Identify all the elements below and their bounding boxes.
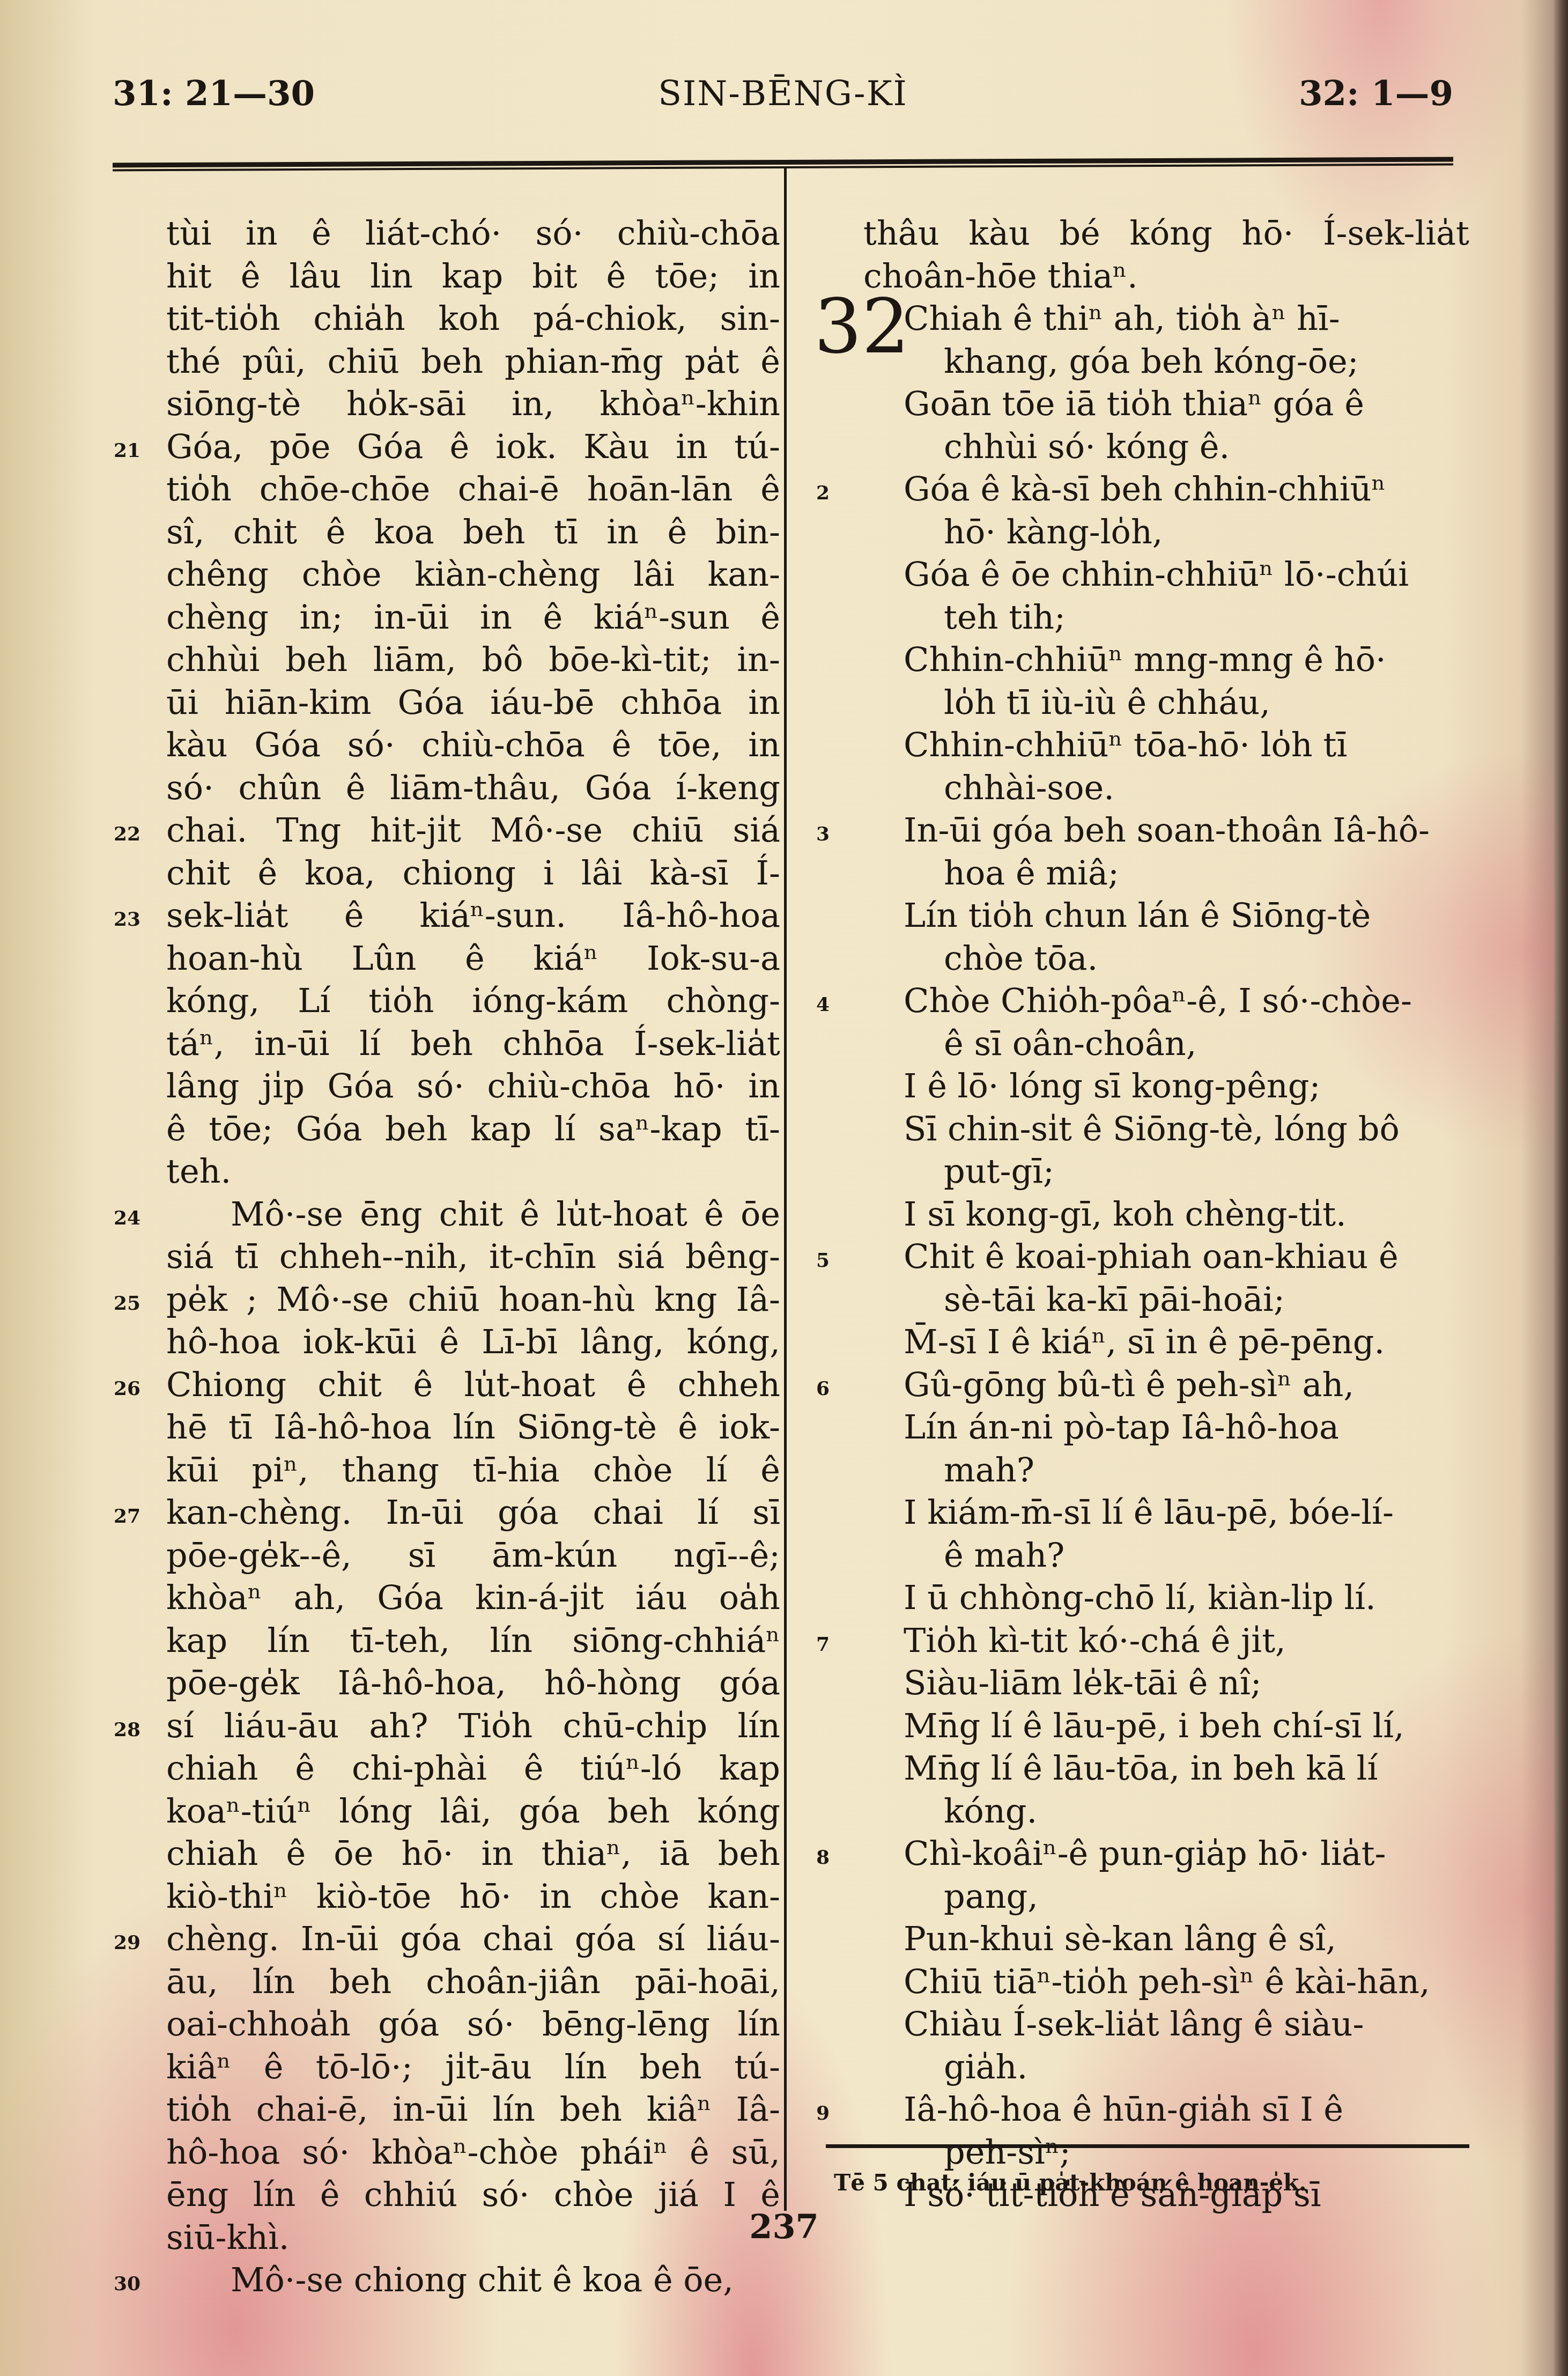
text-line: kap lín tī-teh, lín siōng-chhiáⁿ [107, 1619, 780, 1662]
verse-text: tit-tio̍h chia̍h koh pá-chiok, sin- [107, 297, 780, 340]
verse-text: lâng ji̍p Góa só· chiù-chōa hō· in [107, 1065, 780, 1108]
verse-text: In-ūi góa beh soan-thoân Iâ-hô- [804, 809, 1469, 852]
verse-text: kan-chèng. In-ūi góa chai lí sī [107, 1491, 780, 1534]
verse-text: hit ê lâu lin kap bit ê tōe; in [107, 255, 780, 298]
verse-text: Chit ê koai-phiah oan-khiau ê [804, 1235, 1469, 1278]
text-line: Chhin-chhiūⁿ tōa-hō· lo̍h tī [804, 724, 1469, 766]
text-line: hoan-hù Lûn ê kiáⁿ Iok-su-a [107, 937, 780, 980]
text-line: 26Chiong chit ê lu̍t-hoat ê chheh [107, 1363, 780, 1406]
text-line: hoa ê miâ; [804, 852, 1469, 895]
text-line: Pun-khui sè-kan lâng ê sî, [804, 1917, 1469, 1960]
verse-text: chèng. In-ūi góa chai góa sí liáu- [107, 1917, 780, 1960]
text-line: 4Chòe Chio̍h-pôaⁿ-ê, I só·-chòe- [804, 979, 1469, 1022]
verse-continuation: khang, góa beh kóng-ōe; [804, 340, 1469, 383]
text-line: I kiám-m̄-sī lí ê lāu-pē, bóe-lí- [804, 1491, 1469, 1534]
text-line: 32Chiah ê thiⁿ ah, tio̍h àⁿ hī- [804, 297, 1469, 340]
text-line: ê sī oân-choân, [804, 1022, 1469, 1065]
text-line: 2Góa ê kà-sī beh chhin-chhiūⁿ [804, 468, 1469, 511]
verse-text: siá tī chheh--nih, it-chīn siá bêng- [107, 1235, 780, 1278]
text-line: 6Gû-gōng bû-tì ê peh-sìⁿ ah, [804, 1363, 1469, 1406]
verse-text: kàu Góa só· chiù-chōa ê tōe, in [107, 724, 780, 766]
verse-text: oai-chhoa̍h góa só· bēng-lēng lín [107, 2003, 780, 2046]
verse-text: kap lín tī-teh, lín siōng-chhiáⁿ [107, 1619, 780, 1662]
verse-text: Góa ê kà-sī beh chhin-chhiūⁿ [804, 468, 1469, 511]
verse-continuation: put-gī; [804, 1150, 1469, 1193]
verse-text: āu, lín beh choân-jiân pāi-hoāi, [107, 1960, 780, 2003]
verse-text: Iâ-hô-hoa ê hūn-gia̍h sī I ê [804, 2088, 1469, 2131]
verse-text: Mn̄g lí ê lāu-tōa, in beh kā lí [804, 1747, 1469, 1790]
text-line: 29chèng. In-ūi góa chai góa sí liáu- [107, 1917, 780, 1960]
verse-continuation: mah? [804, 1449, 1469, 1492]
text-line: chhùi só· kóng ê. [804, 425, 1469, 468]
text-line: 8Chì-koâiⁿ-ê pun-gia̍p hō· lia̍t- [804, 1832, 1469, 1875]
text-line: kūi piⁿ, thang tī-hia chòe lí ê [107, 1449, 780, 1492]
text-line: Siàu-liām le̍k-tāi ê nî; [804, 1662, 1469, 1704]
text-line: chhùi beh liām, bô bōe-kì-tit; in- [107, 638, 780, 681]
left-column: tùi in ê liát-chó· só· chiù-chōahit ê lâ… [107, 212, 780, 2301]
verse-continuation: teh tih; [804, 596, 1469, 639]
verse-text: I ê lō· lóng sī kong-pêng; [804, 1065, 1469, 1108]
verse-continuation: gia̍h. [804, 2046, 1469, 2089]
text-line: sè-tāi ka-kī pāi-hoāi; [804, 1278, 1469, 1321]
verse-text: tio̍h chai-ē, in-ūi lín beh kiâⁿ Iâ- [107, 2088, 780, 2131]
text-line: khang, góa beh kóng-ōe; [804, 340, 1469, 383]
verse-text: Lín tio̍h chun lán ê Siōng-tè [804, 894, 1469, 937]
column-divider [784, 167, 787, 2211]
verse-text: chiah ê ōe hō· in thiaⁿ, iā beh [107, 1832, 780, 1875]
verse-text: pōe-ge̍k Iâ-hô-hoa, hô-hòng góa [107, 1662, 780, 1704]
text-line: Lín án-ni pò-tap Iâ-hô-hoa [804, 1406, 1469, 1449]
text-line: koaⁿ-tiúⁿ lóng lâi, góa beh kóng [107, 1790, 780, 1833]
verse-text: hoan-hù Lûn ê kiáⁿ Iok-su-a [107, 937, 780, 980]
text-line: pang, [804, 1875, 1469, 1918]
verse-text: kūi piⁿ, thang tī-hia chòe lí ê [107, 1449, 780, 1492]
verse-text: siōng-tè ho̍k-sāi in, khòaⁿ-khin [107, 382, 780, 425]
text-line: 5Chit ê koai-phiah oan-khiau ê [804, 1235, 1469, 1278]
verse-number: 9 [816, 2092, 830, 2135]
text-line: lo̍h tī iù-iù ê chháu, [804, 681, 1469, 724]
verse-text: chêng chòe kiàn-chèng lâi kan- [107, 553, 780, 596]
verse-text: I sī kong-gī, koh chèng-ti̍t. [804, 1193, 1469, 1236]
verse-number: 29 [114, 1922, 140, 1965]
text-line: 3In-ūi góa beh soan-thoân Iâ-hô- [804, 809, 1469, 852]
text-line: lâng ji̍p Góa só· chiù-chōa hō· in [107, 1065, 780, 1108]
text-line: kiò-thiⁿ kiò-tōe hō· in chòe kan- [107, 1875, 780, 1918]
text-line: chiah ê chi-phài ê tiúⁿ-ló kap [107, 1747, 780, 1790]
text-line: tit-tio̍h chia̍h koh pá-chiok, sin- [107, 297, 780, 340]
text-line: 30Mô·-se chiong chit ê koa ê ōe, [107, 2259, 780, 2301]
book-page: 31: 21—30 SIN-BĒNG-KÌ 32: 1—9 tùi in ê l… [0, 0, 1568, 2376]
verse-text: pe̍k ; Mô·-se chiū hoan-hù kng Iâ- [107, 1278, 780, 1321]
text-line: táⁿ, in-ūi lí beh chhōa Í-sek-lia̍t [107, 1022, 780, 1065]
verse-continuation: ê sī oân-choân, [804, 1022, 1469, 1065]
verse-text: Goān tōe iā tio̍h thiaⁿ góa ê [804, 382, 1469, 425]
verse-continuation: hō· kàng-lo̍h, [804, 511, 1469, 554]
text-line: Chiàu Í-sek-lia̍t lâng ê siàu- [804, 2003, 1469, 2046]
verse-continuation: chhài-soe. [804, 766, 1469, 809]
verse-text: Chhin-chhiūⁿ tōa-hō· lo̍h tī [804, 724, 1469, 766]
verse-text: Gû-gōng bû-tì ê peh-sìⁿ ah, [804, 1363, 1469, 1406]
text-line: 28sí liáu-āu ah? Tio̍h chū-chi̍p lín [107, 1704, 780, 1747]
text-line: Goān tōe iā tio̍h thiaⁿ góa ê [804, 382, 1469, 425]
text-line: put-gī; [804, 1150, 1469, 1193]
verse-number: 21 [114, 430, 140, 473]
verse-number: 6 [816, 1368, 830, 1411]
verse-continuation: kóng. [804, 1790, 1469, 1833]
verse-text: ê tōe; Góa beh kap lí saⁿ-kap tī- [107, 1108, 780, 1150]
verse-continuation: peh-sìⁿ; [804, 2131, 1469, 2174]
verse-text: Chiàu Í-sek-lia̍t lâng ê siàu- [804, 2003, 1469, 2046]
text-line: I ū chhòng-chō lí, kiàn-li̍p lí. [804, 1576, 1469, 1619]
text-line: kàu Góa só· chiù-chōa ê tōe, in [107, 724, 780, 766]
text-line: kiâⁿ ê tō-lō·; ji̍t-āu lín beh tú- [107, 2046, 780, 2089]
verse-text: Chòe Chio̍h-pôaⁿ-ê, I só·-chòe- [804, 979, 1469, 1022]
text-line: mah? [804, 1449, 1469, 1492]
verse-number: 5 [816, 1239, 830, 1282]
verse-continuation: sè-tāi ka-kī pāi-hoāi; [804, 1278, 1469, 1321]
text-line: 25pe̍k ; Mô·-se chiū hoan-hù kng Iâ- [107, 1278, 780, 1321]
verse-text: koaⁿ-tiúⁿ lóng lâi, góa beh kóng [107, 1790, 780, 1833]
verse-text: Mô·-se ēng chit ê lu̍t-hoat ê ōe [107, 1193, 780, 1236]
book-title: SIN-BĒNG-KÌ [113, 64, 1453, 123]
verse-continuation: hoa ê miâ; [804, 852, 1469, 895]
text-line: kóng, Lí tio̍h ióng-kám chòng- [107, 979, 780, 1022]
running-head: 31: 21—30 SIN-BĒNG-KÌ 32: 1—9 [113, 64, 1453, 123]
verse-text: hô-hoa só· khòaⁿ-chòe pháiⁿ ê sū, [107, 2131, 780, 2174]
text-line: 7Tio̍h kì-tit kó·-chá ê ji̍t, [804, 1619, 1469, 1662]
text-line: Mn̄g lí ê lāu-tōa, in beh kā lí [804, 1747, 1469, 1790]
verse-number: 4 [816, 984, 830, 1027]
verse-number: 8 [816, 1836, 830, 1879]
verse-continuation: pang, [804, 1875, 1469, 1918]
verse-number: 3 [816, 813, 830, 856]
text-line: 22chai. Tng hit-ji̍t Mô·-se chiū siá [107, 809, 780, 852]
text-line: teh tih; [804, 596, 1469, 639]
text-line: hē tī Iâ-hô-hoa lín Siōng-tè ê iok- [107, 1406, 780, 1449]
verse-text: M̄-sī I ê kiáⁿ, sī in ê pē-pēng. [804, 1320, 1469, 1363]
text-line: Chiū tiāⁿ-tio̍h peh-sìⁿ ê kài-hān, [804, 1960, 1469, 2003]
verse-continuation: ê mah? [804, 1534, 1469, 1577]
text-line: 9Iâ-hô-hoa ê hūn-gia̍h sī I ê [804, 2088, 1469, 2131]
verse-text: Mn̄g lí ê lāu-pē, i beh chí-sī lí, [804, 1704, 1469, 1747]
text-line: ê mah? [804, 1534, 1469, 1577]
verse-text: Siàu-liām le̍k-tāi ê nî; [804, 1662, 1469, 1704]
footnote-rule [826, 2144, 1469, 2148]
verse-text: pōe-ge̍k--ê, sī ām-kún ngī--ê; [107, 1534, 780, 1577]
text-line: thé pûi, chiū beh phian-m̄g pa̍t ê [107, 340, 780, 383]
text-line: khòaⁿ ah, Góa kin-á-ji̍t iáu oa̍h [107, 1576, 780, 1619]
verse-number: 30 [114, 2263, 140, 2306]
verse-number: 7 [816, 1624, 830, 1666]
text-line: chòe tōa. [804, 937, 1469, 980]
verse-text: sí liáu-āu ah? Tio̍h chū-chi̍p lín [107, 1704, 780, 1747]
text-line: chit ê koa, chiong i lâi kà-sī Í- [107, 852, 780, 895]
text-line: pōe-ge̍k--ê, sī ām-kún ngī--ê; [107, 1534, 780, 1577]
verse-text: chhùi beh liām, bô bōe-kì-tit; in- [107, 638, 780, 681]
text-line: 21Góa, pōe Góa ê iok. Kàu in tú- [107, 425, 780, 468]
text-line: oai-chhoa̍h góa só· bēng-lēng lín [107, 2003, 780, 2046]
footnote: Tē 5 chat: iáu ū pa̍t-khoán ê hoan-e̍k. [834, 2170, 1307, 2196]
verse-text: thâu kàu bé kóng hō· Í-sek-lia̍t [804, 212, 1469, 255]
verse-text: chit ê koa, chiong i lâi kà-sī Í- [107, 852, 780, 895]
text-line: Góa ê ōe chhin-chhiūⁿ lō·-chúi [804, 553, 1469, 596]
verse-text: chai. Tng hit-ji̍t Mô·-se chiū siá [107, 809, 780, 852]
verse-text: Chì-koâiⁿ-ê pun-gia̍p hō· lia̍t- [804, 1832, 1469, 1875]
text-line: tio̍h chōe-chōe chai-ē hoān-lān ê [107, 468, 780, 511]
text-line: chèng in; in-ūi in ê kiáⁿ-sun ê [107, 596, 780, 639]
verse-number: 22 [114, 813, 140, 856]
verse-text: hē tī Iâ-hô-hoa lín Siōng-tè ê iok- [107, 1406, 780, 1449]
verse-text: hô-hoa iok-kūi ê Lī-bī lâng, kóng, [107, 1320, 780, 1363]
text-line: ūi hiān-kim Góa iáu-bē chhōa in [107, 681, 780, 724]
text-line: peh-sìⁿ; [804, 2131, 1469, 2174]
verse-text: teh. [107, 1150, 780, 1193]
right-column: thâu kàu bé kóng hō· Í-sek-lia̍tchoân-hō… [804, 212, 1469, 2216]
verse-continuation: chhùi só· kóng ê. [804, 425, 1469, 468]
text-line: Lín tio̍h chun lán ê Siōng-tè [804, 894, 1469, 937]
text-line: sî, chit ê koa beh tī in ê bin- [107, 511, 780, 554]
verse-number: 27 [114, 1495, 140, 1538]
header-double-rule [113, 157, 1453, 172]
verse-number: 26 [114, 1368, 140, 1411]
verse-number: 2 [816, 472, 830, 515]
verse-text: ūi hiān-kim Góa iáu-bē chhōa in [107, 681, 780, 724]
verse-text: kiâⁿ ê tō-lō·; ji̍t-āu lín beh tú- [107, 2046, 780, 2089]
verse-text: só· chûn ê liām-thâu, Góa í-keng [107, 766, 780, 809]
verse-text: Chiong chit ê lu̍t-hoat ê chheh [107, 1363, 780, 1406]
text-line: chiah ê ōe hō· in thiaⁿ, iā beh [107, 1832, 780, 1875]
verse-text: chiah ê chi-phài ê tiúⁿ-ló kap [107, 1747, 780, 1790]
verse-text: chèng in; in-ūi in ê kiáⁿ-sun ê [107, 596, 780, 639]
verse-number: 28 [114, 1709, 140, 1752]
verse-text: Mô·-se chiong chit ê koa ê ōe, [107, 2259, 780, 2301]
verse-text: tùi in ê liát-chó· só· chiù-chōa [107, 212, 780, 255]
verse-text: táⁿ, in-ūi lí beh chhōa Í-sek-lia̍t [107, 1022, 780, 1065]
text-line: siá tī chheh--nih, it-chīn siá bêng- [107, 1235, 780, 1278]
book-spine-edge [1554, 0, 1568, 2376]
verse-text: Góa, pōe Góa ê iok. Kàu in tú- [107, 425, 780, 468]
text-line: só· chûn ê liām-thâu, Góa í-keng [107, 766, 780, 809]
text-line: chhài-soe. [804, 766, 1469, 809]
chapter-range-right: 32: 1—9 [1299, 64, 1453, 123]
text-line: tio̍h chai-ē, in-ūi lín beh kiâⁿ Iâ- [107, 2088, 780, 2131]
text-line: hō· kàng-lo̍h, [804, 511, 1469, 554]
text-line: gia̍h. [804, 2046, 1469, 2089]
text-line: teh. [107, 1150, 780, 1193]
text-line: 23sek-lia̍t ê kiáⁿ-sun. Iâ-hô-hoa [107, 894, 780, 937]
verse-text: Chiū tiāⁿ-tio̍h peh-sìⁿ ê kài-hān, [804, 1960, 1469, 2003]
text-line: 24Mô·-se ēng chit ê lu̍t-hoat ê ōe [107, 1193, 780, 1236]
verse-continuation: lo̍h tī iù-iù ê chháu, [804, 681, 1469, 724]
verse-number: 25 [114, 1282, 140, 1325]
verse-text: Tio̍h kì-tit kó·-chá ê ji̍t, [804, 1619, 1469, 1662]
text-line: pōe-ge̍k Iâ-hô-hoa, hô-hòng góa [107, 1662, 780, 1704]
text-line: thâu kàu bé kóng hō· Í-sek-lia̍t [804, 212, 1469, 255]
verse-text: sî, chit ê koa beh tī in ê bin- [107, 511, 780, 554]
verse-text: I ū chhòng-chō lí, kiàn-li̍p lí. [804, 1576, 1469, 1619]
verse-text: Góa ê ōe chhin-chhiūⁿ lō·-chúi [804, 553, 1469, 596]
text-line: Mn̄g lí ê lāu-pē, i beh chí-sī lí, [804, 1704, 1469, 1747]
verse-text: kóng, Lí tio̍h ióng-kám chòng- [107, 979, 780, 1022]
text-line: hô-hoa iok-kūi ê Lī-bī lâng, kóng, [107, 1320, 780, 1363]
text-line: tùi in ê liát-chó· só· chiù-chōa [107, 212, 780, 255]
verse-text: Chhin-chhiūⁿ mng-mng ê hō· [804, 638, 1469, 681]
text-line: hô-hoa só· khòaⁿ-chòe pháiⁿ ê sū, [107, 2131, 780, 2174]
verse-text: I kiám-m̄-sī lí ê lāu-pē, bóe-lí- [804, 1491, 1469, 1534]
verse-text: Sī chin-si̍t ê Siōng-tè, lóng bô [804, 1108, 1469, 1150]
text-line: I ê lō· lóng sī kong-pêng; [804, 1065, 1469, 1108]
verse-number: 24 [114, 1197, 140, 1240]
verse-text: sek-lia̍t ê kiáⁿ-sun. Iâ-hô-hoa [107, 894, 780, 937]
verse-text: khòaⁿ ah, Góa kin-á-ji̍t iáu oa̍h [107, 1576, 780, 1619]
text-line: Chhin-chhiūⁿ mng-mng ê hō· [804, 638, 1469, 681]
verse-number: 23 [114, 898, 140, 941]
text-line: Sī chin-si̍t ê Siōng-tè, lóng bô [804, 1108, 1469, 1150]
verse-text: tio̍h chōe-chōe chai-ē hoān-lān ê [107, 468, 780, 511]
page-number: 237 [0, 2207, 1568, 2246]
text-line: 27kan-chèng. In-ūi góa chai lí sī [107, 1491, 780, 1534]
text-line: kóng. [804, 1790, 1469, 1833]
text-line: chêng chòe kiàn-chèng lâi kan- [107, 553, 780, 596]
verse-text: Pun-khui sè-kan lâng ê sî, [804, 1917, 1469, 1960]
text-line: M̄-sī I ê kiáⁿ, sī in ê pē-pēng. [804, 1320, 1469, 1363]
text-line: I sī kong-gī, koh chèng-ti̍t. [804, 1193, 1469, 1236]
verse-text: kiò-thiⁿ kiò-tōe hō· in chòe kan- [107, 1875, 780, 1918]
verse-text: thé pûi, chiū beh phian-m̄g pa̍t ê [107, 340, 780, 383]
text-line: hit ê lâu lin kap bit ê tōe; in [107, 255, 780, 298]
verse-continuation: chòe tōa. [804, 937, 1469, 980]
text-line: āu, lín beh choân-jiân pāi-hoāi, [107, 1960, 780, 2003]
verse-text: Lín án-ni pò-tap Iâ-hô-hoa [804, 1406, 1469, 1449]
text-line: ê tōe; Góa beh kap lí saⁿ-kap tī- [107, 1108, 780, 1150]
text-line: siōng-tè ho̍k-sāi in, khòaⁿ-khin [107, 382, 780, 425]
